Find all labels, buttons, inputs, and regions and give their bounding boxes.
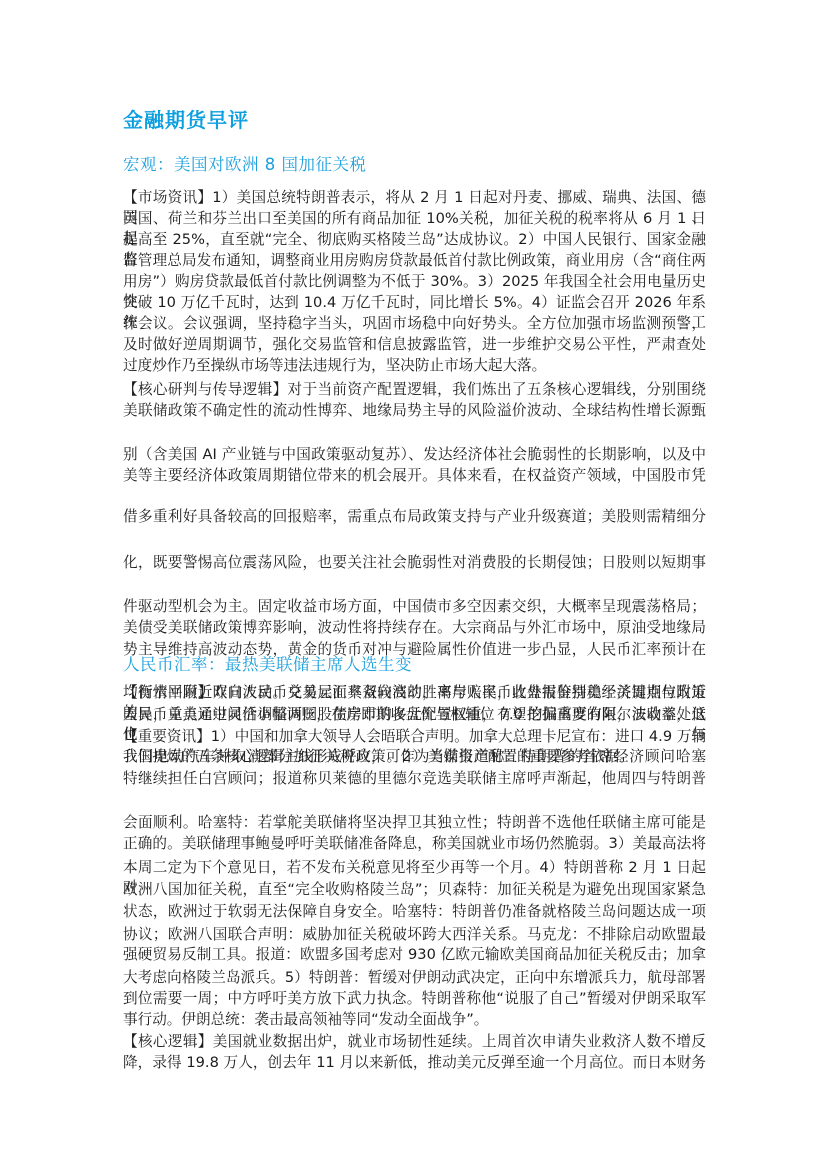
body-line: 欧洲八国加征关税，直至“完全收购格陵兰岛”；贝森特：加征关税是为避免出现国家紧急	[123, 880, 706, 900]
body-line: 化，既要警惕高位震荡风险，也要关注社会脆弱性对消费股的长期侵蚀；日股则以短期事	[123, 553, 706, 573]
body-line: 提高至 25%，直至就“完全、彻底购买格陵兰岛”达成协议。2）中国人民银行、国家…	[123, 230, 706, 250]
body-line: 本周二定为下个意见日，若不发布关税意见将至少再等一个月。4）特朗普称 2 月 1…	[123, 858, 706, 878]
body-line: 强硬贸易反制工具。报道：欧盟多国考虑对 930 亿欧元输欧美国商品加征关税反击；…	[123, 945, 706, 965]
body-line: 美债受美联储政策博弈影响，波动性将持续存在。大宗商品与外汇市场中，原油受地缘局	[123, 618, 706, 638]
body-line: 到位需要一周；中方呼吁美方放下武力执念。特朗普称他“说服了自己”暂缓对伊朗采取军	[123, 989, 706, 1009]
heading-macro-section: 宏观：美国对欧洲 8 国加征关税	[123, 153, 367, 177]
body-line: 大考虑向格陵兰岛派兵。5）特朗普：暂缓对伊朗动武决定，正向中东增派兵力，航母部署	[123, 968, 706, 988]
body-line: 【市场资讯】1）美国总统特朗普表示，将从 2 月 1 日起对丹麦、挪威、瑞典、法…	[123, 188, 706, 208]
body-line: 借多重利好具备较高的回报赔率，需重点布局政策支持与产业升级赛道；美股则需精细分	[123, 507, 706, 527]
body-line: 过度炒作乃至操纵市场等违法违规行为，坚决防止市场大起大落。	[123, 356, 706, 376]
body-line: 及时做好逆周期调节，强化交易监管和信息披露监管，进一步维护交易公平性，严肃查处	[123, 335, 706, 355]
body-line: 人民币兑美元中间价小幅调贬，在岸即期收盘价与枢轴位 7.0 的偏离度有限，波动率…	[123, 705, 706, 725]
body-line: 美联储政策不确定性的流动性博弈、地缘局势主导的风险溢价波动、全球结构性增长源甄	[123, 401, 706, 421]
body-line: 事行动。伊朗总统：袭击最高领袖等同“发动全面战争”。	[123, 1010, 706, 1030]
body-line: 用房”）购房贷款最低首付款比例调整为不低于 30%。3）2025 年我国全社会用…	[123, 272, 706, 292]
page-title: 金融期货早评	[123, 106, 249, 134]
body-line: 我国电动汽车并取消部分加征关税政策。2）美媒报道称：特朗普的首席经济顾问哈塞	[123, 747, 706, 767]
body-line: 美等主要经济体政策周期错位带来的机会展开。具体来看，在权益资产领域，中国股市凭	[123, 466, 706, 486]
body-line: 【重要资讯】1）中国和加拿大领导人会晤联合声明。加拿大总理卡尼宣布：进口 4.9…	[123, 727, 706, 747]
body-line: 降，录得 19.8 万人，创去年 11 月以来新低，推动美元反弹至逾一个月高位。…	[123, 1053, 706, 1073]
body-line: 会面顺利。哈塞特：若掌舵美联储将坚决捍卫其独立性；特朗普不选他任联储主席可能是	[123, 813, 706, 833]
body-line: 协议；欧洲八国联合声明：威胁加征关税破坏跨大西洋关系。马克龙：不排除启动欧盟最	[123, 925, 706, 945]
body-line: 状态，欧洲过于软弱无法保障自身安全。哈塞特：特朗普仍准备就格陵兰岛问题达成一项	[123, 902, 706, 922]
body-line: 英国、荷兰和芬兰出口至美国的所有商品加征 10%关税，加征关税的税率将从 6 月…	[123, 209, 706, 229]
document-page: 金融期货早评 宏观：美国对欧洲 8 国加征关税 人民币汇率：最热美联储主席人选生…	[0, 0, 826, 1169]
body-line: 势主导维持高波动态势，黄金的货币对冲与避险属性价值进一步凸显，人民币汇率预计在	[123, 640, 706, 660]
body-line: 督管理总局发布通知，调整商业用房购房贷款最低首付款比例政策，商业用房（含“商住两	[123, 251, 706, 271]
body-line: 作会议。会议强调，坚持稳字当头，巩固市场稳中向好势头。全方位加强市场监测预警，	[123, 314, 706, 334]
body-line: 件驱动型机会为主。固定收益市场方面，中国债市多空因素交织，大概率呈现震荡格局；	[123, 597, 706, 617]
body-line: 【核心逻辑】美国就业数据出炉，就业市场韧性延续。上周首次申请失业救济人数不增反	[123, 1032, 706, 1052]
body-line: 特继续担任白宫顾问；报道称贝莱德的里德尔竞选美联储主席呼声渐起，他周四与特朗普	[123, 769, 706, 789]
body-line: 【核心研判与传导逻辑】对于当前资产配置逻辑，我们炼出了五条核心逻辑线，分别围绕	[123, 380, 706, 400]
body-line: 【行情回顾】昨日人民币兑美元汇率双向波动，离岸人民币收盘报价持稳于关键点位附近	[123, 683, 706, 703]
body-line: 别（含美国 AI 产业链与中国政策驱动复苏）、发达经济体社会脆弱性的长期影响，以…	[123, 445, 706, 465]
body-line: 正确的。美联储理事鲍曼呼吁美联储准备降息，称美国就业市场仍然脆弱。3）美最高法将	[123, 834, 706, 854]
body-line: 突破 10 万亿千瓦时，达到 10.4 万亿千瓦时，同比增长 5%。4）证监会召…	[123, 293, 706, 313]
